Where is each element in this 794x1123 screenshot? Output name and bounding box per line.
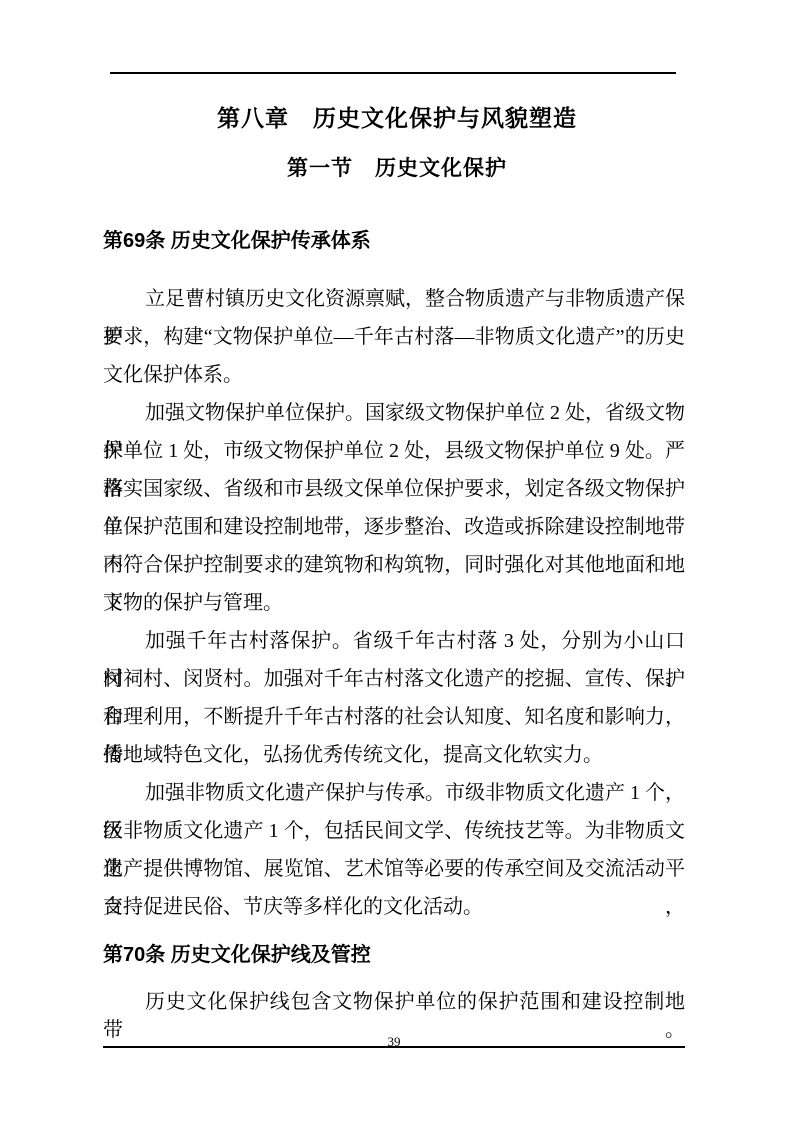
document-body: 第69条 历史文化保护传承体系 立足曹村镇历史文化资源禀赋，整合物质遗产与非物质… [103, 222, 685, 1048]
paragraph-line: 位保护范围和建设控制地带，逐步整治、改造或拆除建设控制地带内 [103, 508, 685, 546]
paragraph: 加强非物质文化遗产保护与传承。市级非物质文化遗产 1 个，区 级非物质文化遗产 … [103, 774, 685, 926]
paragraph-line: 护单位 1 处，市级文物保护单位 2 处，县级文物保护单位 9 处。严格 [103, 432, 685, 470]
paragraph-line: 闵祠村、闵贤村。加强对千年古村落文化遗产的挖掘、宣传、保护和 [103, 660, 685, 698]
paragraph: 加强千年古村落保护。省级千年古村落 3 处，分别为小山口村、 闵祠村、闵贤村。加… [103, 622, 685, 774]
article-69-heading: 第69条 历史文化保护传承体系 [103, 222, 685, 260]
section-title: 第一节 历史文化保护 [0, 152, 794, 186]
paragraph: 加强文物保护单位保护。国家级文物保护单位 2 处，省级文物保 护单位 1 处，市… [103, 394, 685, 622]
paragraph-line: 文物的保护与管理。 [103, 584, 685, 622]
document-page: 第八章 历史文化保护与风貌塑造 第一节 历史文化保护 第69条 历史文化保护传承… [0, 0, 794, 1123]
paragraph-line: 加强文物保护单位保护。国家级文物保护单位 2 处，省级文物保 [103, 394, 685, 432]
paragraph-line: 文化保护体系。 [103, 356, 685, 394]
paragraph-line: 立足曹村镇历史文化资源禀赋，整合物质遗产与非物质遗产保护 [103, 280, 685, 318]
article-70-heading: 第70条 历史文化保护线及管控 [103, 936, 685, 974]
paragraph-line: 不符合保护控制要求的建筑物和构筑物，同时强化对其他地面和地下 [103, 546, 685, 584]
paragraph-line: 落实国家级、省级和市县级文保单位保护要求，划定各级文物保护单 [103, 470, 685, 508]
paragraph-line: 要求，构建“文物保护单位—千年古村落—非物质文化遗产”的历史 [103, 318, 685, 356]
header-rule [110, 72, 676, 74]
paragraph-line: 播地域特色文化，弘扬优秀传统文化，提高文化软实力。 [103, 736, 685, 774]
paragraph-line: 加强千年古村落保护。省级千年古村落 3 处，分别为小山口村、 [103, 622, 685, 660]
paragraph: 立足曹村镇历史文化资源禀赋，整合物质遗产与非物质遗产保护 要求，构建“文物保护单… [103, 280, 685, 394]
paragraph-line: 遗产提供博物馆、展览馆、艺术馆等必要的传承空间及交流活动平台， [103, 850, 685, 888]
chapter-title: 第八章 历史文化保护与风貌塑造 [0, 100, 794, 136]
paragraph-line: 加强非物质文化遗产保护与传承。市级非物质文化遗产 1 个，区 [103, 774, 685, 812]
paragraph-line: 合理利用，不断提升千年古村落的社会认知度、知名度和影响力，传 [103, 698, 685, 736]
page-number: 39 [103, 1034, 685, 1050]
paragraph-line: 级非物质文化遗产 1 个，包括民间文学、传统技艺等。为非物质文化 [103, 812, 685, 850]
